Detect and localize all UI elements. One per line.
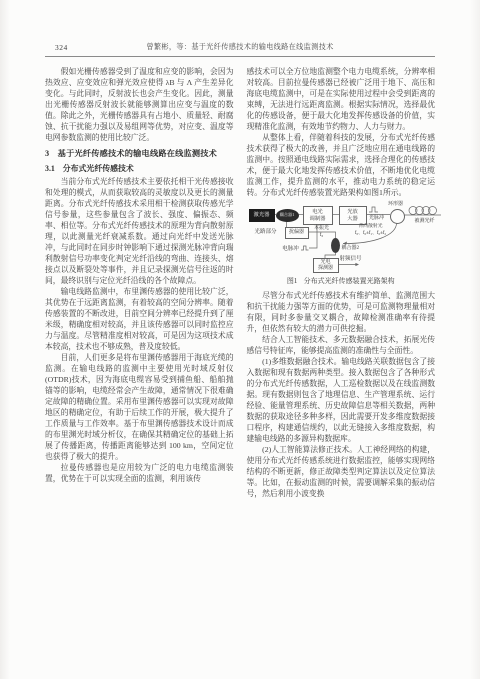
local-oscillator-label: 本振光 f₀ — [311, 226, 333, 239]
caption-text: 分布式光纤传感装置光路架构 — [304, 277, 395, 285]
right-column: 感技术可以全方位地监测整个电力电缆系统，分辨率相对较高。目前拉曼传感器已经被广泛… — [247, 66, 436, 499]
circulator-node — [390, 209, 405, 224]
section-heading: 3 基于光纤传感技术的输电线路在线监测技术 — [45, 148, 234, 160]
optical-path-label: 光路部分 — [251, 229, 281, 235]
paper-page: 324 曾繁彬，等：基于光纤传感技术的输电线路在线监测技术 假如光栅传感器受到了… — [0, 0, 480, 679]
laser-box: 激光器 — [249, 209, 275, 222]
photodetector-box: 光电 探测器 — [313, 258, 339, 273]
coupler2-label: 耦合器2 — [342, 246, 370, 252]
circulator-label: 环形器 — [383, 202, 409, 208]
paragraph-continuation: 感技术可以全方位地监测整个电力电缆系统，分辨率相对较高。目前拉曼传感器已经被广泛… — [247, 66, 436, 132]
running-title: 曾繁彬，等：基于光纤传感技术的输电线路在线监测技术 — [45, 41, 435, 54]
page-number: 324 — [55, 41, 68, 54]
figure-1-caption: 图1分布式光纤传感装置光路架构 — [247, 276, 436, 286]
coupler1-node: 耦合器1 — [276, 209, 299, 222]
paragraph: (2)人工智能算法修正技术。人工神经网络的构建，使用分布式光纤传感系统进行数据监… — [247, 444, 436, 499]
paragraph: 尽管分布式光纤传感技术有维护简单、监测范围大和抗干扰能力强等方面的优势，可是可监… — [247, 290, 436, 334]
polarization-scrambler-box: 扰偏器 — [285, 227, 309, 239]
paragraph: 目前，人们更多是将布里渊传感器用于海底光缆的监测。在输电线路的监测中主要使用光时… — [45, 352, 234, 462]
paragraph: 当前分布式光纤传感技术主要依托相干光传感接收和处理的模式，从而获取较高的灵敏度以… — [45, 176, 234, 286]
paragraph: 假如光栅传感器受到了温度和应变的影响，会因为热效应、应变效应和弹光效应使得 λB… — [45, 66, 234, 143]
paragraph: 结合人工智能技术、多元数据融合技术，拓展光传感信号特征库，能够提高监测的准确性与… — [247, 334, 436, 356]
left-column: 假如光栅传感器受到了温度和应变的影响，会因为热效应、应变效应和弹光效应使得 λB… — [45, 66, 234, 499]
paragraph: 拉曼传感器也是应用较为广泛的电力电缆监测装置，优势在于可以实现全面的监测，利用该… — [45, 462, 234, 484]
caption-label: 图1 — [287, 277, 298, 285]
optical-amplifier-box: 光放 大器 — [339, 206, 367, 225]
figure-1-diagram: 激光器 耦合器1 电光 调制器 光放 大器 光脉冲 环形器 被测光纤 光路部分 … — [247, 202, 443, 273]
fiber-under-test-label: 被测光纤 — [407, 219, 443, 225]
electrical-pulse-label: 电脉冲 — [281, 246, 301, 252]
electro-optic-modulator-box: 电光 调制器 — [303, 206, 333, 225]
rf-signal-label: 射频信号 — [340, 256, 368, 262]
page-header: 324 曾繁彬，等：基于光纤传感技术的输电线路在线监测技术 — [45, 41, 435, 57]
paragraph: (1)多维数据融合技术。输电线路关联数据包含了接入数据和现有数据两种类型。接入数… — [247, 356, 436, 444]
backscatter-light-label: 背向散射光 f₀、f₀±f₁、f₀±f₂ — [341, 224, 401, 237]
subsection-heading: 3.1 分布式光纤传感技术 — [45, 163, 234, 174]
content-columns: 假如光栅传感器受到了温度和应变的影响，会因为热效应、应变效应和弹光效应使得 λB… — [45, 66, 435, 499]
coupler2-node — [331, 238, 340, 253]
optical-pulse-label: 光脉冲 — [364, 216, 390, 222]
paragraph: 从整体上看，伴随着科技的发展，分布式光纤传感技术获得了极大的改善，并且广泛地应用… — [247, 132, 436, 198]
paragraph: 输电线路监测中，布里渊传感器的使用比较广泛，其优势在于远距离监测，有着较高的空间… — [45, 286, 234, 352]
